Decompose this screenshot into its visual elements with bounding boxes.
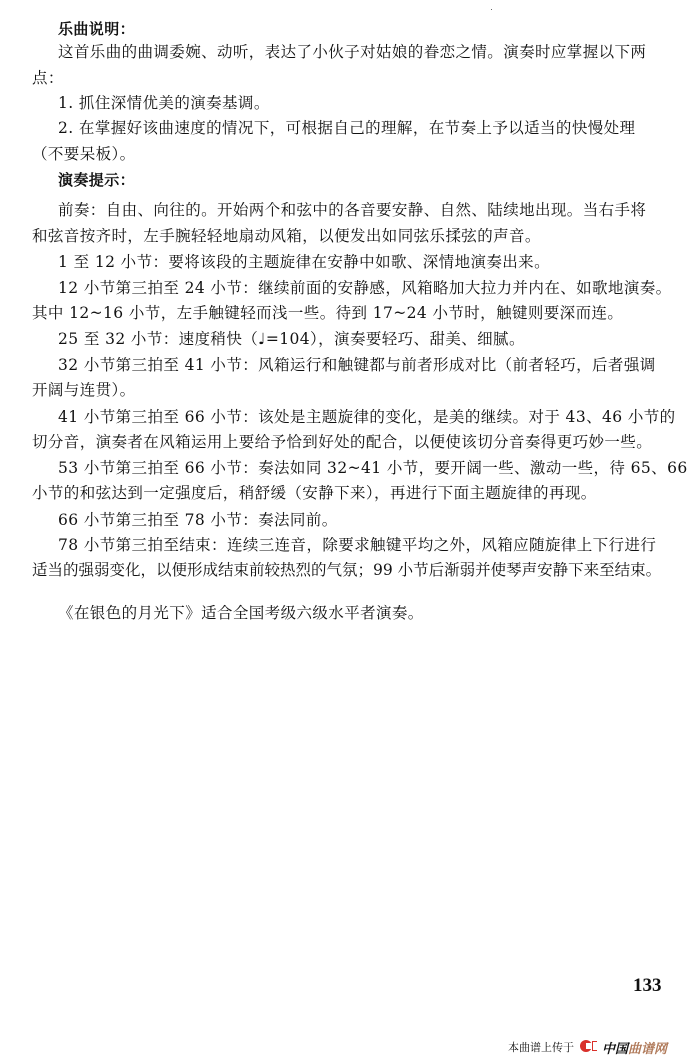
paragraph-line: 开阔与连贯）。 [32, 380, 672, 400]
paragraph-line: 12 小节第三拍至 24 小节：继续前面的安静感，风箱略加大拉力并内在、如歌地演… [58, 278, 672, 298]
site-brand-part1: 中国 [602, 1038, 628, 1057]
paragraph-line: 和弦音按齐时，左手腕轻轻地扇动风箱，以便发出如同弦乐揉弦的声音。 [32, 226, 672, 246]
paragraph-line: 点： [32, 68, 672, 88]
paragraph-line: 1 至 12 小节：要将该段的主题旋律在安静中如歌、深情地演奏出来。 [58, 252, 672, 272]
upload-footer: 本曲谱上传于 中国 曲谱网 [508, 1038, 667, 1056]
paragraph-line: 53 小节第三拍至 66 小节：奏法如同 32~41 小节，要开阔一些、激动一些… [58, 458, 672, 478]
page-number: 133 [633, 975, 662, 997]
section-heading-description: 乐曲说明： [58, 19, 672, 39]
paragraph-line: 这首乐曲的曲调委婉、动听，表达了小伙子对姑娘的眷恋之情。演奏时应掌握以下两 [58, 42, 672, 62]
footer-text: 本曲谱上传于 [508, 1039, 574, 1055]
site-brand-part2: 曲谱网 [628, 1038, 667, 1057]
paragraph-line: 切分音，演奏者在风箱运用上要给予恰到好处的配合，以便使该切分音奏得更巧妙一些。 [32, 432, 672, 452]
scan-speck [491, 9, 492, 10]
paragraph-line: 适当的强弱变化，以便形成结束前较热烈的气氛；99 小节后渐弱并使琴声安静下来至结… [32, 560, 672, 580]
level-note: 《在银色的月光下》适合全国考级六级水平者演奏。 [58, 603, 672, 623]
paragraph-line: 78 小节第三拍至结束：连续三连音，除要求触键平均之外，风箱应随旋律上下行进行 [58, 535, 672, 555]
document-page: 乐曲说明： 这首乐曲的曲调委婉、动听，表达了小伙子对姑娘的眷恋之情。演奏时应掌握… [0, 0, 699, 1062]
paragraph-line: 小节的和弦达到一定强度后，稍舒缓（安静下来），再进行下面主题旋律的再现。 [32, 483, 672, 503]
paragraph-line: 41 小节第三拍至 66 小节：该处是主题旋律的变化，是美的继续。对于 43、4… [58, 407, 672, 427]
paragraph-line: （不要呆板）。 [32, 144, 672, 164]
paragraph-line: 66 小节第三拍至 78 小节：奏法同前。 [58, 510, 672, 530]
paragraph-line: 前奏：自由、向往的。开始两个和弦中的各音要安静、自然、陆续地出现。当右手将 [58, 200, 672, 220]
section-heading-tips: 演奏提示： [58, 170, 672, 190]
paragraph-line: 25 至 32 小节：速度稍快（♩=104），演奏要轻巧、甜美、细腻。 [58, 329, 672, 349]
site-logo-icon [580, 1040, 598, 1054]
paragraph-line: 32 小节第三拍至 41 小节：风箱运行和触键都与前者形成对比（前者轻巧，后者强… [58, 355, 672, 375]
list-item: 2. 在掌握好该曲速度的情况下，可根据自己的理解，在节奏上予以适当的快慢处理 [58, 118, 672, 138]
paragraph-line: 其中 12~16 小节，左手触键轻而浅一些。待到 17~24 小节时，触键则要深… [32, 303, 672, 323]
list-item: 1. 抓住深情优美的演奏基调。 [58, 93, 672, 113]
